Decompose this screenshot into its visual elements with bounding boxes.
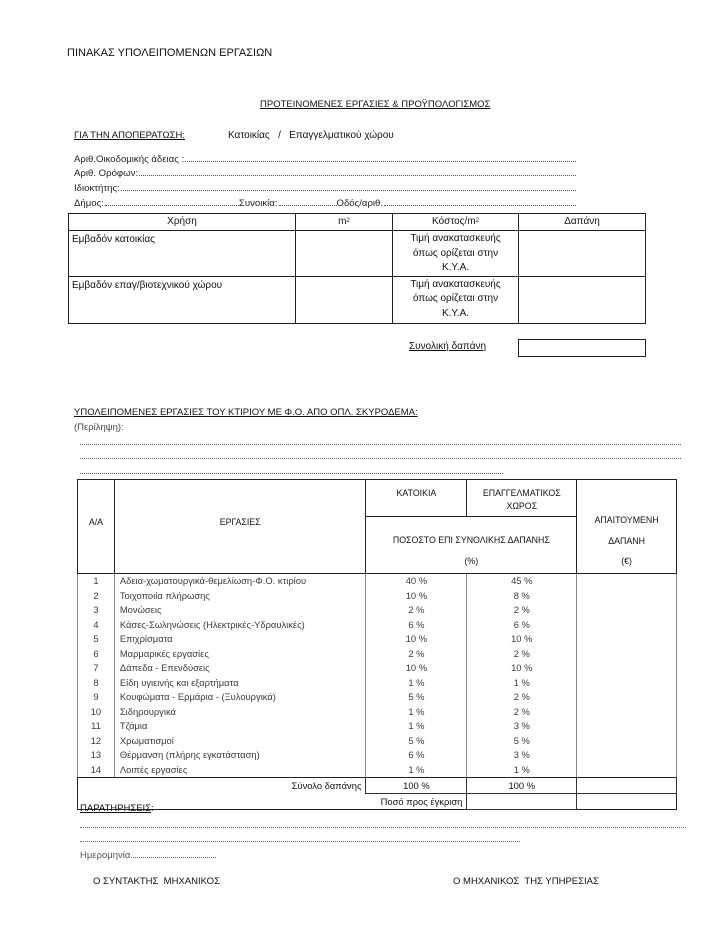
table-row: 6Μαρμαρικές εργασίες2 %2 % [78,647,677,662]
owner-label: Ιδιοκτήτης: [74,183,120,194]
row-professional-pct: 6 % [467,618,577,633]
row-residence-pct: 1 % [366,719,467,734]
row-required-cost [577,661,677,676]
table-row: 10Σιδηρουργικά1 %2 % [78,705,677,720]
date-field: Ημερομηνία [80,850,216,861]
header-professional: ΕΠΑΓΓΕΛΜΑΤΙΚΟΣ ΧΩΡΟΣ [467,480,577,517]
row-professional-pct: 2 % [467,603,577,618]
header-cost: Κόστος/m2 [393,214,519,231]
row-professional-pct: 3 % [467,719,577,734]
permit-label: Αριθ.Οικοδομικής άδειας : [74,154,184,165]
row-work: Κάσες-Σωληνώσεις (Ηλεκτρικές-Υδραυλικές) [114,618,366,633]
header-use: Χρήση [69,214,296,231]
works-header-row: Α/Α ΕΡΓΑΣΙΕΣ ΚΑΤΟΙΚΙΑ ΕΠΑΓΓΕΛΜΑΤΙΚΟΣ ΧΩΡ… [78,480,677,517]
purpose-line: ΓΙΑ ΤΗΝ ΑΠΟΠΕΡΑΤΩΣΗ: Κατοικίας / Επαγγελ… [74,130,185,141]
row-residence-pct: 6 % [366,618,467,633]
row-professional-pct: 10 % [467,661,577,676]
row-residence-pct: 1 % [366,676,467,691]
row-professional-pct: 45 % [467,574,577,589]
address-field: Δήμος: Συνοικία: Οδός/αριθ. [74,194,576,209]
municipality-blank [105,205,239,206]
row-required-cost [577,734,677,749]
row-professional-pct: 10 % [467,632,577,647]
date-blank [131,857,216,858]
row-required-cost [577,647,677,662]
cost-line: Τιμή ανακατασκευής [396,232,515,247]
cost-line: Κ.Υ.Α. [396,307,515,322]
row-use: Εμβαδόν επαγ/βιοτεχνικού χώρου [69,276,296,323]
row-required-cost [577,603,677,618]
row-index: 1 [78,574,115,589]
total-required [577,778,677,794]
header-area: m2 [296,214,393,231]
header-required-cost: ΑΠΑΙΤΟΥΜΕΝΗ ΔΑΠΑΝΗ (€) [577,480,677,574]
works-table: Α/Α ΕΡΓΑΣΙΕΣ ΚΑΤΟΙΚΙΑ ΕΠΑΓΓΕΛΜΑΤΙΚΟΣ ΧΩΡ… [77,479,677,810]
header-required-line: ΑΠΑΙΤΟΥΜΕΝΗ [578,510,675,531]
cost-line: Κ.Υ.Α. [396,261,515,276]
purpose-value: Κατοικίας / Επαγγελματικού χώρου [228,130,394,141]
table-row: 9Κουφώματα - Ερμάρια - (Ξυλουργικά)5 %2 … [78,690,677,705]
table-row: 5Επιχρίσματα10 %10 % [78,632,677,647]
row-work: Λοιπές εργασίες [114,763,366,778]
header-percentage-line: (%) [367,551,575,572]
row-residence-pct: 1 % [366,705,467,720]
owner-blank [121,190,576,191]
row-index: 11 [78,719,115,734]
row-work: Δάπεδα - Επενδύσεις [114,661,366,676]
approval-empty [577,794,677,810]
district-blank [279,205,337,206]
summary-blank-line [80,458,681,459]
table-row: 1Αδεια-χωματουργικά-θεμελίωση-Φ.Ο. κτιρί… [78,574,677,589]
property-fields: Αριθ.Οικοδομικής άδειας : Αριθ. Ορόφων: … [74,150,576,209]
row-residence-pct: 5 % [366,690,467,705]
remarks-blank-line [80,827,686,828]
total-row: Σύνολο δαπάνης 100 % 100 % [78,778,677,794]
total-label: Σύνολο δαπάνης [78,778,366,794]
table-row: 3Μονώσεις2 %2 % [78,603,677,618]
row-required-cost [577,763,677,778]
row-work: Μαρμαρικές εργασίες [114,647,366,662]
row-residence-pct: 40 % [366,574,467,589]
row-expense [519,231,646,277]
row-use: Εμβαδόν κατοικίας [69,231,296,277]
row-residence-pct: 2 % [366,603,467,618]
row-professional-pct: 1 % [467,676,577,691]
row-residence-pct: 10 % [366,589,467,604]
header-residence: ΚΑΤΟΙΚΙΑ [366,480,467,517]
remarks-label: ΠΑΡΑΤΗΡΗΣΕΙΣ [80,803,151,814]
approval-value [467,794,577,810]
floors-field: Αριθ. Ορόφων: [74,165,576,180]
document-subtitle: ΠΡΟΤΕΙΝΟΜΕΝΕΣ ΕΡΓΑΣΙΕΣ & ΠΡΟΫΠΟΛΟΓΙΣΜΟΣ [260,99,490,110]
table-row: 14Λοιπές εργασίες1 %1 % [78,763,677,778]
row-required-cost [577,748,677,763]
summary-blank-line [80,444,681,445]
floors-label: Αριθ. Ορόφων: [74,168,138,179]
table-row: 7Δάπεδα - Επενδύσεις10 %10 % [78,661,677,676]
approval-label: Ποσό προς έγκριση [366,794,467,810]
row-cost: Τιμή ανακατασκευής όπως ορίζεται στην Κ.… [393,276,519,323]
row-work: Κουφώματα - Ερμάρια - (Ξυλουργικά) [114,690,366,705]
table-row: 8Είδη υγιεινής και εξαρτήματα1 %1 % [78,676,677,691]
row-required-cost [577,632,677,647]
row-index: 3 [78,603,115,618]
row-work: Χρωματισμοί [114,734,366,749]
row-work: Είδη υγιεινής και εξαρτήματα [114,676,366,691]
row-residence-pct: 10 % [366,632,467,647]
header-required-line: ΔΑΠΑΝΗ [578,531,675,552]
table-row: Εμβαδόν κατοικίας Τιμή ανακατασκευής όπω… [69,231,646,277]
row-professional-pct: 1 % [467,763,577,778]
row-cost: Τιμή ανακατασκευής όπως ορίζεται στην Κ.… [393,231,519,277]
row-work: Επιχρίσματα [114,632,366,647]
row-index: 9 [78,690,115,705]
row-required-cost [577,705,677,720]
row-required-cost [577,690,677,705]
row-area [296,276,393,323]
purpose-label: ΓΙΑ ΤΗΝ ΑΠΟΠΕΡΑΤΩΣΗ: [74,130,185,141]
permit-field: Αριθ.Οικοδομικής άδειας : [74,150,576,165]
floors-blank [139,175,576,176]
date-label: Ημερομηνία [80,850,130,861]
remarks-heading: ΠΑΡΑΤΗΡΗΣΕΙΣ: [80,803,154,814]
table-row: 11Τζάμια1 %3 % [78,719,677,734]
header-area-text: m [338,216,346,227]
street-blank [384,205,576,206]
header-works: ΕΡΓΑΣΙΕΣ [114,480,366,574]
works-table-body: 1Αδεια-χωματουργικά-θεμελίωση-Φ.Ο. κτιρί… [78,574,677,778]
row-index: 6 [78,647,115,662]
municipality-label: Δήμος: [74,198,104,209]
district-label: Συνοικία: [239,198,278,209]
row-residence-pct: 2 % [366,647,467,662]
total-cost-box [518,339,646,357]
row-work: Αδεια-χωματουργικά-θεμελίωση-Φ.Ο. κτιρίο… [114,574,366,589]
summary-label: (Περίληψη): [74,422,124,433]
street-label: Οδός/αριθ. [337,198,384,209]
works-totals: Σύνολο δαπάνης 100 % 100 % Ποσό προς έγκ… [78,778,677,810]
remarks-colon: : [151,803,154,814]
row-professional-pct: 3 % [467,748,577,763]
row-work: Μονώσεις [114,603,366,618]
row-index: 10 [78,705,115,720]
row-professional-pct: 8 % [467,589,577,604]
signature-service: Ο ΜΗΧΑΝΙΚΟΣ ΤΗΣ ΥΠΗΡΕΣΙΑΣ [453,876,599,887]
row-required-cost [577,574,677,589]
header-required-line: (€) [578,551,675,572]
row-professional-pct: 2 % [467,705,577,720]
table-row: 13Θέρμανση (πλήρης εγκατάσταση)6 %3 % [78,748,677,763]
row-work: Σιδηρουργικά [114,705,366,720]
row-index: 14 [78,763,115,778]
row-index: 13 [78,748,115,763]
row-index: 5 [78,632,115,647]
header-professional-line: ΕΠΑΓΓΕΛΜΑΤΙΚΟΣ [468,487,575,500]
cost-table: Χρήση m2 Κόστος/m2 Δαπάνη Εμβαδόν κατοικ… [68,213,646,324]
approval-row: Ποσό προς έγκριση [78,794,677,810]
header-cost-text: Κόστος/m [432,216,476,227]
row-index: 12 [78,734,115,749]
permit-blank [185,161,576,162]
table-row: 4Κάσες-Σωληνώσεις (Ηλεκτρικές-Υδραυλικές… [78,618,677,633]
row-professional-pct: 2 % [467,690,577,705]
row-residence-pct: 5 % [366,734,467,749]
row-required-cost [577,589,677,604]
table-row: Εμβαδόν επαγ/βιοτεχνικού χώρου Τιμή ανακ… [69,276,646,323]
header-percentage-line: ΠΟΣΟΣΤΟ ΕΠΙ ΣΥΝΟΛΙΚΗΣ ΔΑΠΑΝΗΣ [367,530,575,551]
remarks-blank-line [80,841,520,842]
row-area [296,231,393,277]
header-expense: Δαπάνη [519,214,646,231]
table-row: 2Τοιχοποιία πλήρωσης10 %8 % [78,589,677,604]
cost-line: όπως ορίζεται στην [396,247,515,262]
document-title: ΠΙΝΑΚΑΣ ΥΠΟΛΕΙΠΟΜΕΝΩΝ ΕΡΓΑΣΙΩΝ [67,47,272,59]
cost-line: όπως ορίζεται στην [396,292,515,307]
row-index: 7 [78,661,115,676]
header-index: Α/Α [78,480,115,574]
total-professional: 100 % [467,778,577,794]
row-residence-pct: 6 % [366,748,467,763]
total-cost-label: Συνολική δαπάνη [409,341,486,352]
header-area-sup: 2 [347,218,350,224]
works-section-heading: ΥΠΟΛΕΙΠΟΜΕΝΕΣ ΕΡΓΑΣΙΕΣ ΤΟΥ ΚΤΙΡΙΟΥ ΜΕ Φ.… [74,407,418,418]
header-percentage: ΠΟΣΟΣΤΟ ΕΠΙ ΣΥΝΟΛΙΚΗΣ ΔΑΠΑΝΗΣ (%) [366,517,577,574]
row-index: 8 [78,676,115,691]
row-required-cost [577,618,677,633]
row-required-cost [577,676,677,691]
header-professional-line: ΧΩΡΟΣ [468,500,575,513]
row-work: Θέρμανση (πλήρης εγκατάσταση) [114,748,366,763]
signature-author: Ο ΣΥΝΤΑΚΤΗΣ ΜΗΧΑΝΙΚΟΣ [93,876,220,887]
cost-table-header: Χρήση m2 Κόστος/m2 Δαπάνη [69,214,646,231]
table-row: 12Χρωματισμοί5 %5 % [78,734,677,749]
row-professional-pct: 5 % [467,734,577,749]
row-required-cost [577,719,677,734]
row-index: 2 [78,589,115,604]
summary-blank-line [80,473,503,474]
row-residence-pct: 10 % [366,661,467,676]
row-index: 4 [78,618,115,633]
total-residence: 100 % [366,778,467,794]
row-residence-pct: 1 % [366,763,467,778]
header-cost-sup: 2 [476,218,479,224]
owner-field: Ιδιοκτήτης: [74,179,576,194]
row-expense [519,276,646,323]
row-professional-pct: 2 % [467,647,577,662]
row-work: Τοιχοποιία πλήρωσης [114,589,366,604]
row-work: Τζάμια [114,719,366,734]
cost-line: Τιμή ανακατασκευής [396,278,515,293]
